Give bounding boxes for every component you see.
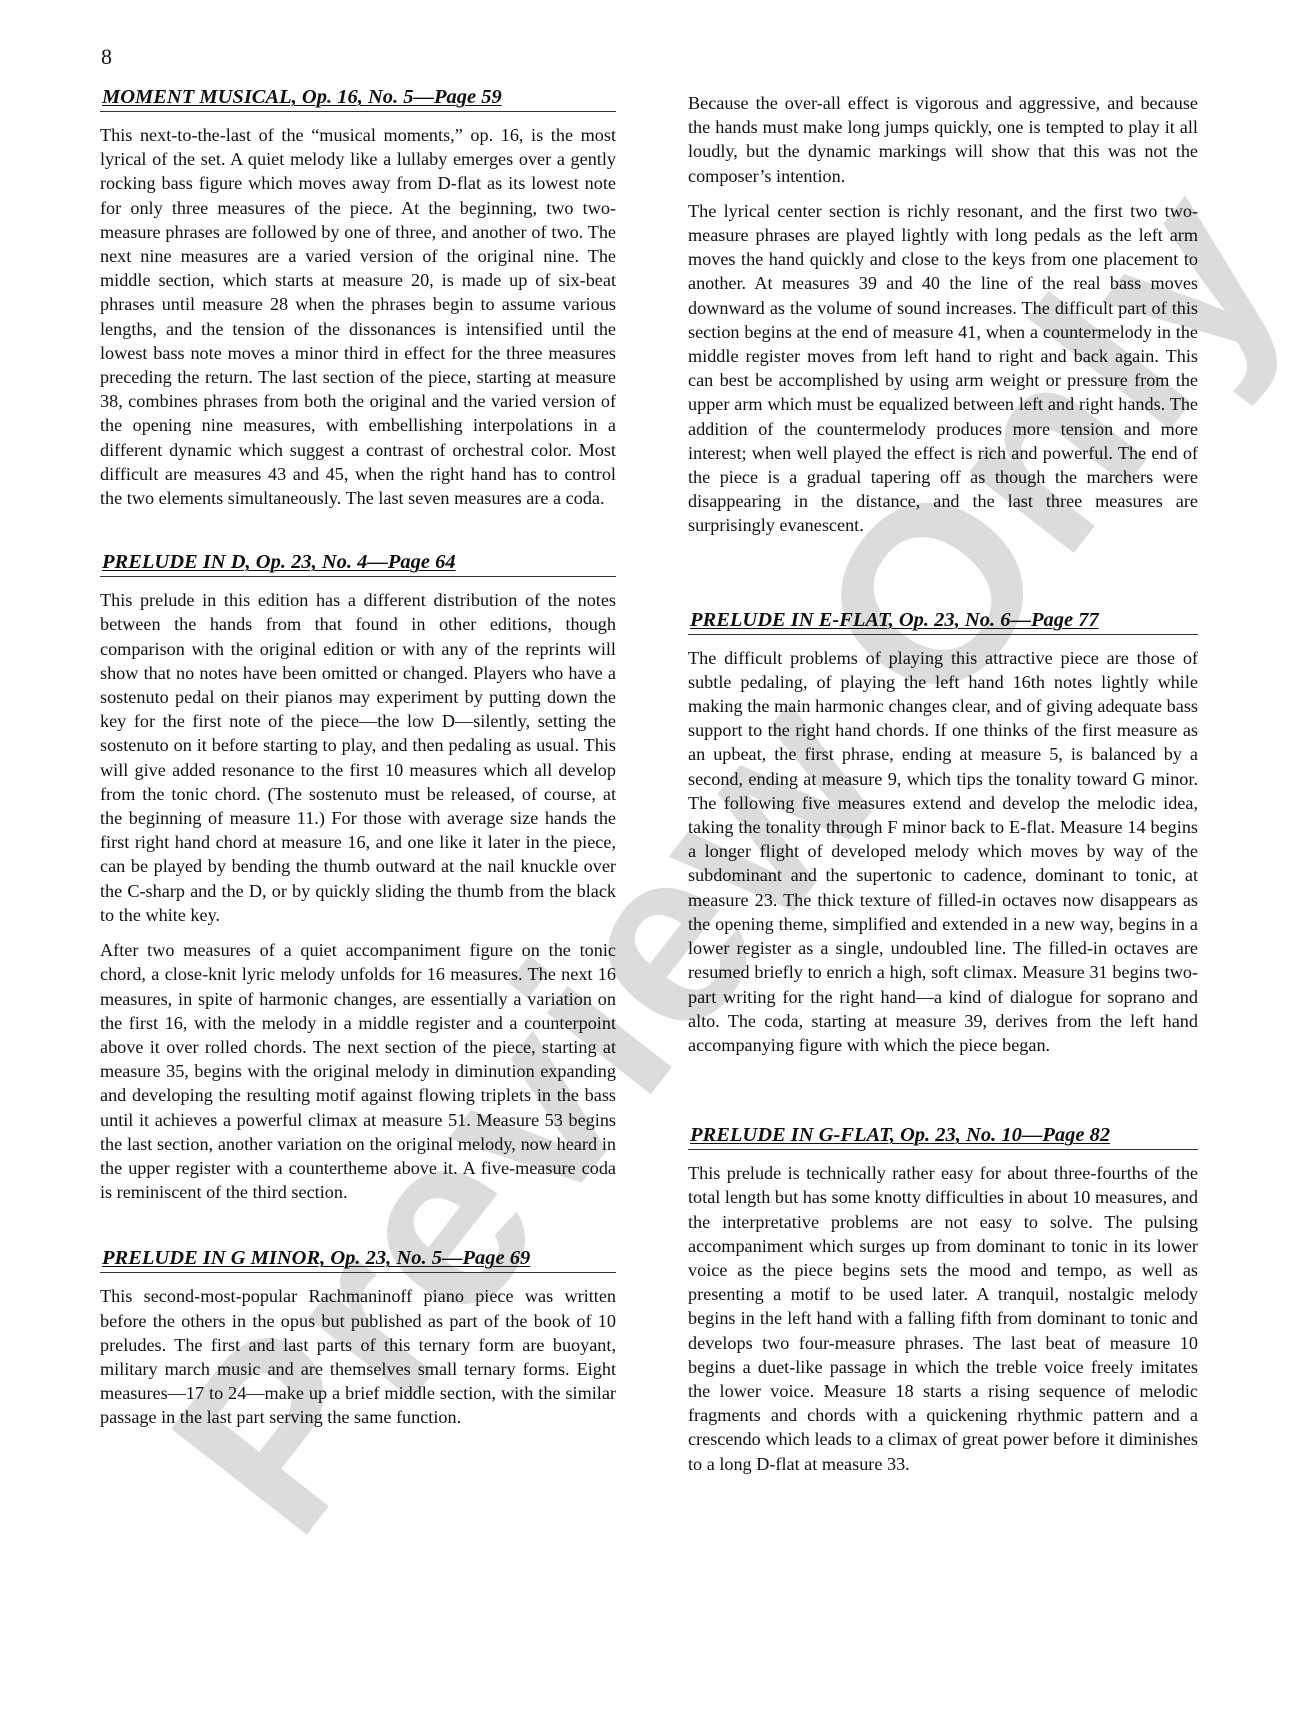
paragraph: This prelude is technically rather easy … (688, 1161, 1198, 1476)
section-spacer (688, 1068, 1198, 1122)
section-spacer (100, 521, 616, 549)
section-title: PRELUDE IN G MINOR, Op. 23, No. 5—Page 6… (100, 1245, 616, 1273)
paragraph: Because the over-all effect is vigorous … (688, 91, 1198, 188)
section-prelude-in-g-minor: PRELUDE IN G MINOR, Op. 23, No. 5—Page 6… (100, 1245, 616, 1429)
section-title: PRELUDE IN E-FLAT, Op. 23, No. 6—Page 77 (688, 607, 1198, 635)
paragraph: This second-most-popular Rachmaninoff pi… (100, 1284, 616, 1429)
section-title: PRELUDE IN G-FLAT, Op. 23, No. 10—Page 8… (688, 1122, 1198, 1150)
section-prelude-in-d: PRELUDE IN D, Op. 23, No. 4—Page 64 This… (100, 549, 616, 1204)
paragraph: The lyrical center section is richly res… (688, 199, 1198, 538)
paragraph: The difficult problems of playing this a… (688, 646, 1198, 1057)
section-title: PRELUDE IN D, Op. 23, No. 4—Page 64 (100, 549, 616, 577)
section-title-text: PRELUDE IN G MINOR, Op. 23, No. 5—Page 6… (102, 1247, 530, 1269)
section-prelude-in-e-flat: PRELUDE IN E-FLAT, Op. 23, No. 6—Page 77… (688, 607, 1198, 1057)
page-number: 8 (101, 44, 112, 70)
section-title-text: PRELUDE IN G-FLAT, Op. 23, No. 10—Page 8… (690, 1124, 1110, 1146)
section-moment-musical: MOMENT MUSICAL, Op. 16, No. 5—Page 59 Th… (100, 84, 616, 510)
section-g-minor-continued: Because the over-all effect is vigorous … (688, 91, 1198, 538)
section-title-text: PRELUDE IN D, Op. 23, No. 4—Page 64 (102, 551, 456, 573)
paragraph: After two measures of a quiet accompanim… (100, 938, 616, 1204)
section-title-text: MOMENT MUSICAL, Op. 16, No. 5—Page 59 (102, 86, 502, 108)
paragraph: This prelude in this edition has a diffe… (100, 588, 616, 927)
left-column: MOMENT MUSICAL, Op. 16, No. 5—Page 59 Th… (100, 84, 616, 1441)
section-spacer (688, 549, 1198, 607)
right-column: Because the over-all effect is vigorous … (688, 91, 1198, 1487)
section-title-text: PRELUDE IN E-FLAT, Op. 23, No. 6—Page 77 (690, 609, 1099, 631)
section-spacer (100, 1215, 616, 1245)
section-prelude-in-g-flat: PRELUDE IN G-FLAT, Op. 23, No. 10—Page 8… (688, 1122, 1198, 1476)
paragraph: This next-to-the-last of the “musical mo… (100, 123, 616, 510)
section-title: MOMENT MUSICAL, Op. 16, No. 5—Page 59 (100, 84, 616, 112)
